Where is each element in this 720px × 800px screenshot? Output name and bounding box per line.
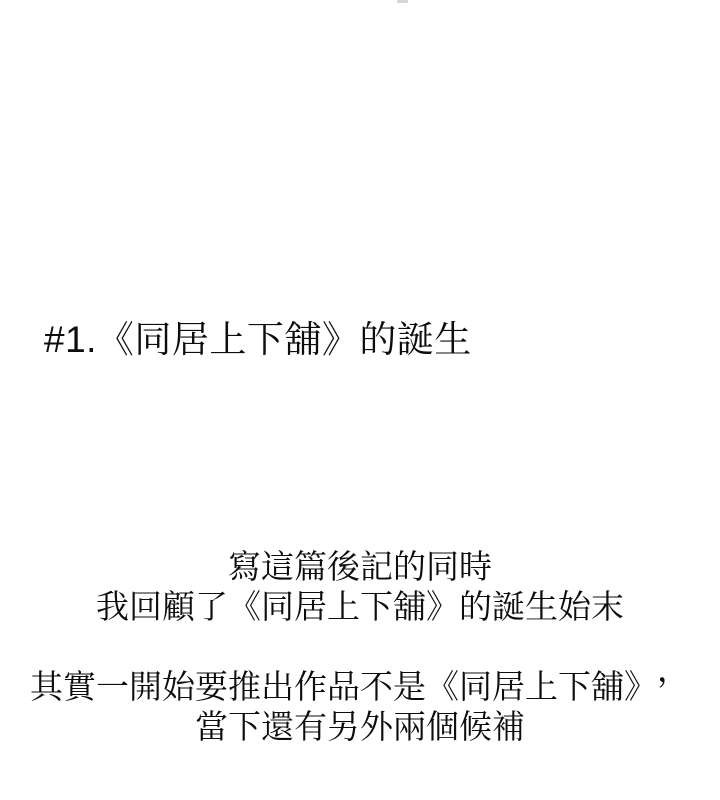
paragraph2-line2: 當下還有另外兩個候補 bbox=[0, 707, 720, 747]
paragraph2-line1-text: 其實一開始要推出作品不是《同居上下舖》 bbox=[30, 668, 657, 705]
paragraph2-line1: 其實一開始要推出作品不是《同居上下舖》， bbox=[0, 667, 720, 707]
paragraph1-line2: 我回顧了《同居上下舖》的誕生始末 bbox=[0, 587, 720, 627]
chapter-heading: #1.《同居上下舖》的誕生 bbox=[44, 318, 472, 362]
paragraph1-line2-text: 我回顧了《同居上下舖》的誕生始末 bbox=[96, 588, 624, 625]
top-edge-artifact bbox=[397, 0, 408, 3]
afterword-text-block: 寫這篇後記的同時 我回顧了《同居上下舖》的誕生始末 其實一開始要推出作品不是《同… bbox=[0, 547, 720, 747]
paragraph2-line2-text: 當下還有另外兩個候補 bbox=[195, 708, 525, 745]
paragraph1-line1-text: 寫這篇後記的同時 bbox=[228, 548, 492, 585]
paragraph1-line1: 寫這篇後記的同時 bbox=[0, 547, 720, 587]
comic-afterword-page: #1.《同居上下舖》的誕生 寫這篇後記的同時 我回顧了《同居上下舖》的誕生始末 … bbox=[0, 0, 720, 800]
paragraph-gap bbox=[0, 627, 720, 667]
